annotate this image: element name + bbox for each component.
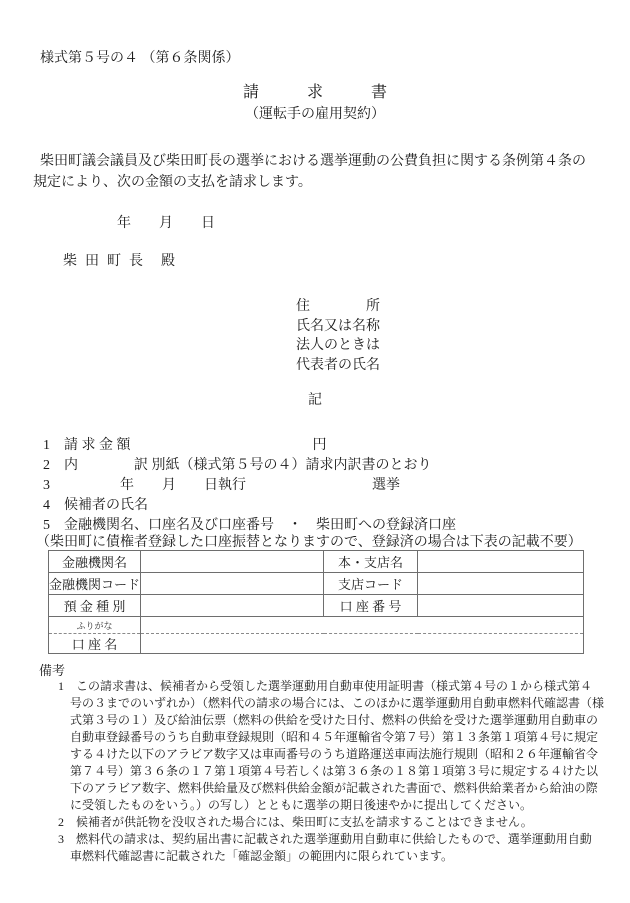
- remark-item-3: 3 燃料代の請求は、契約届出書に記載された選挙運動用自動車に供給したもので、選挙…: [70, 831, 625, 865]
- remarks-list: 1 この請求書は、候補者から受領した選挙運動用自動車使用証明書（様式第４号の１か…: [70, 678, 625, 865]
- intro-paragraph: 柴田町議会議員及び柴田町長の選挙における選挙運動の公費負担に関する条例第４条の …: [33, 151, 600, 193]
- account-name-label: 口 座 名: [49, 634, 141, 654]
- account-name-value: [141, 634, 584, 654]
- branch-code-label: 支店コード: [324, 573, 418, 595]
- remarks-heading: 備考: [39, 663, 630, 678]
- sender-name-label: 氏名又は名称: [296, 317, 630, 337]
- sender-info: 住 所 氏名又は名称 法人のときは 代表者の氏名: [296, 297, 630, 375]
- sender-corporate-note-1: 法人のときは: [296, 336, 630, 356]
- claim-item-bank-account: 5 金融機関名、口座名及び口座番号 ・ 柴田町への登録済口座: [67, 516, 630, 536]
- claim-item-candidate-name: 4 候補者の氏名: [67, 496, 630, 516]
- document-subtitle: （運転手の雇用契約）: [0, 106, 630, 124]
- claim-item-amount: 1 請 求 金 額 円: [67, 436, 630, 456]
- claim-item-breakdown: 2 内 訳 別紙（様式第５号の４）請求内訳書のとおり: [67, 456, 630, 476]
- document-title: 請 求 書: [0, 83, 630, 103]
- form-number: 様式第５号の４ （第６条関係）: [40, 50, 630, 67]
- deposit-type-value: [141, 595, 324, 617]
- furigana-label: ふりがな: [49, 617, 141, 634]
- addressee-honorific: 殿: [161, 254, 175, 269]
- table-row-deposit: 預 金 種 別 口 座 番 号: [49, 595, 584, 617]
- deposit-type-label: 預 金 種 別: [49, 595, 141, 617]
- head-branch-name-label: 本・支店名: [324, 551, 418, 573]
- table-row-account-name: 口 座 名: [49, 634, 584, 654]
- addressee-line: 柴田町長殿: [63, 253, 630, 271]
- account-number-label: 口 座 番 号: [324, 595, 418, 617]
- institution-code-label: 金融機関コード: [49, 573, 141, 595]
- financial-institution-label: 金融機関名: [49, 551, 141, 573]
- head-branch-name-value: [418, 551, 584, 573]
- bank-account-table: 金融機関名 本・支店名 金融機関コード 支店コード 預 金 種 別 口 座 番 …: [48, 550, 584, 654]
- sender-corporate-note-2: 代表者の氏名: [296, 356, 630, 376]
- account-registration-note: （柴田町に債権者登録した口座振替となりますので、登録済の場合は下表の記載不要）: [36, 536, 630, 550]
- section-marker-ki: 記: [0, 392, 630, 410]
- table-row-furigana: ふりがな: [49, 617, 584, 634]
- claim-item-election-date: 3 年 月 日執行 選挙: [67, 476, 630, 496]
- account-number-value: [418, 595, 584, 617]
- branch-code-value: [418, 573, 584, 595]
- remark-item-2: 2 候補者が供託物を没収された場合には、柴田町に支払を請求することはできません。: [70, 814, 625, 831]
- sender-address-label: 住 所: [296, 297, 630, 317]
- addressee-name: 柴田町長: [63, 254, 151, 269]
- claim-items: 1 請 求 金 額 円 2 内 訳 別紙（様式第５号の４）請求内訳書のとおり 3…: [0, 436, 630, 536]
- invoice-document: 様式第５号の４ （第６条関係） 請 求 書 （運転手の雇用契約） 柴田町議会議員…: [0, 0, 630, 903]
- table-row-institution: 金融機関名 本・支店名: [49, 551, 584, 573]
- institution-code-value: [141, 573, 324, 595]
- date-line: 年 月 日: [117, 215, 630, 233]
- table-row-codes: 金融機関コード 支店コード: [49, 573, 584, 595]
- financial-institution-value: [141, 551, 324, 573]
- furigana-value: [141, 617, 584, 634]
- remark-item-1: 1 この請求書は、候補者から受領した選挙運動用自動車使用証明書（様式第４号の１か…: [70, 678, 625, 814]
